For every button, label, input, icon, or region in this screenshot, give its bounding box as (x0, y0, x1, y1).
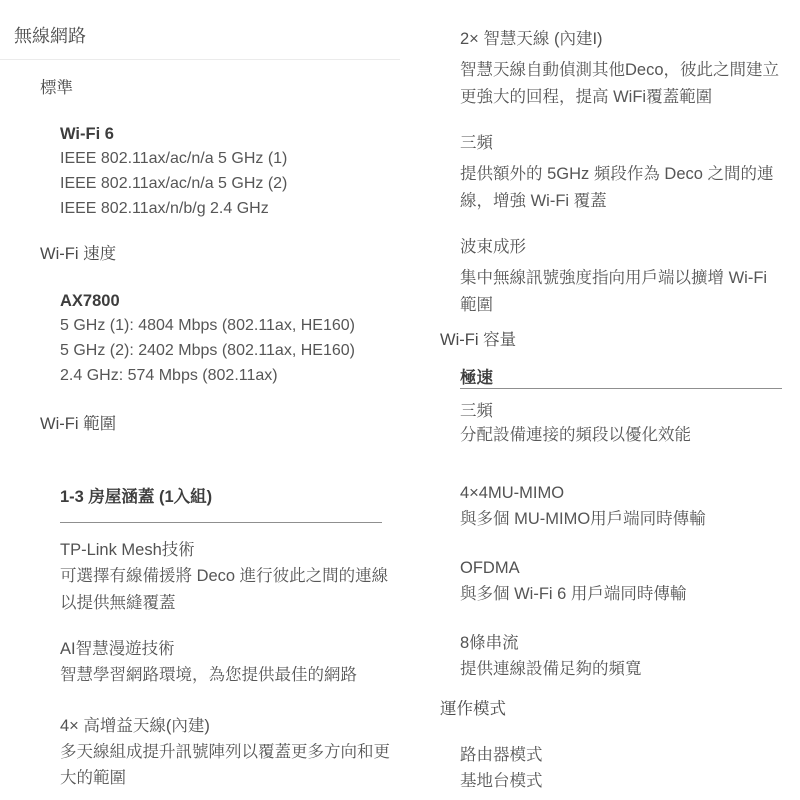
speed-line: 5 GHz (1): 4804 Mbps (802.11ax, HE160) (60, 313, 400, 338)
subsection-standards-label: 標準 (40, 77, 400, 99)
standards-line: IEEE 802.11ax/ac/n/a 5 GHz (1) (60, 146, 400, 171)
feature-desc: 分配設備連接的頻段以優化效能 (460, 422, 785, 449)
feature-desc: 提供連線設備足夠的頻寬 (460, 656, 785, 683)
feature-divider (460, 388, 782, 389)
feature-block: 8條串流 提供連線設備足夠的頻寬 (460, 630, 785, 683)
feature-title: 2× 智慧天線 (內建I) (460, 26, 785, 52)
feature-desc: 提供額外的 5GHz 頻段作為 Deco 之間的連線，增強 Wi-Fi 覆蓋 (460, 161, 785, 214)
feature-desc: 集中無線訊號強度指向用戶端以擴增 Wi-Fi 範圍 (460, 265, 785, 318)
standards-line: IEEE 802.11ax/ac/n/a 5 GHz (2) (60, 171, 400, 196)
feature-block: 三頻 分配設備連接的頻段以優化效能 (460, 400, 785, 449)
feature-block: 波束成形 集中無線訊號強度指向用戶端以擴增 Wi-Fi 範圍 (460, 234, 785, 318)
subsection-speed-label: Wi-Fi 速度 (40, 243, 400, 265)
feature-desc: 與多個 MU-MIMO用戶端同時傳輸 (460, 506, 785, 533)
mode-item: 基地台模式 (460, 768, 800, 794)
speed-line: 2.4 GHz: 574 Mbps (802.11ax) (60, 363, 400, 388)
speed-line: 5 GHz (2): 2402 Mbps (802.11ax, HE160) (60, 338, 400, 363)
feature-block: 2× 智慧天線 (內建I) 智慧天線自動偵測其他Deco，彼此之間建立更強大的回… (460, 26, 785, 110)
feature-title: AI智慧漫遊技術 (60, 636, 392, 662)
subsection-capacity-label: Wi-Fi 容量 (440, 329, 800, 351)
feature-title: TP-Link Mesh技術 (60, 537, 392, 563)
section-divider (0, 59, 400, 60)
feature-block: OFDMA 與多個 Wi-Fi 6 用戶端同時傳輸 (460, 555, 785, 608)
feature-title: 三頻 (460, 130, 785, 156)
feature-desc: 智慧學習網路環境，為您提供最佳的網路 (60, 662, 392, 689)
left-column: 無線網路 標準 Wi-Fi 6 IEEE 802.11ax/ac/n/a 5 G… (0, 0, 400, 800)
feature-block: TP-Link Mesh技術 可選擇有線備援將 Deco 進行彼此之間的連線以提… (60, 537, 392, 616)
subsection-range-label: Wi-Fi 範圍 (40, 413, 400, 435)
feature-desc: 可選擇有線備援將 Deco 進行彼此之間的連線以提供無縫覆蓋 (60, 563, 392, 616)
standards-line: IEEE 802.11ax/n/b/g 2.4 GHz (60, 196, 400, 221)
feature-title: 4×4MU-MIMO (460, 480, 785, 506)
mode-item: 路由器模式 (460, 742, 800, 768)
feature-title: 4× 高增益天線(內建) (60, 713, 392, 739)
feature-desc: 與多個 Wi-Fi 6 用戶端同時傳輸 (460, 581, 785, 608)
feature-title: OFDMA (460, 555, 785, 581)
feature-block: 4× 高增益天線(內建) 多天線組成提升訊號陣列以覆蓋更多方向和更大的範圍 (60, 713, 392, 792)
feature-title: 波束成形 (460, 234, 785, 260)
feature-desc: 多天線組成提升訊號陣列以覆蓋更多方向和更大的範圍 (60, 739, 392, 792)
capacity-highlight: 極速 (460, 370, 800, 387)
wifi6-group-title: Wi-Fi 6 (60, 122, 400, 146)
feature-desc: 智慧天線自動偵測其他Deco，彼此之間建立更強大的回程，提高 WiFi覆蓋範圍 (460, 57, 785, 110)
feature-title: 三頻 (460, 400, 785, 422)
subsection-mode-label: 運作模式 (440, 698, 800, 720)
feature-title: 8條串流 (460, 630, 785, 656)
right-column: 2× 智慧天線 (內建I) 智慧天線自動偵測其他Deco，彼此之間建立更強大的回… (400, 0, 800, 800)
feature-block: 4×4MU-MIMO 與多個 MU-MIMO用戶端同時傳輸 (460, 480, 785, 533)
feature-divider (60, 522, 382, 523)
speed-group-title: AX7800 (60, 289, 400, 313)
page-title: 無線網路 (14, 25, 400, 47)
feature-block: 三頻 提供額外的 5GHz 頻段作為 Deco 之間的連線，增強 Wi-Fi 覆… (460, 130, 785, 214)
feature-block: AI智慧漫遊技術 智慧學習網路環境，為您提供最佳的網路 (60, 636, 392, 689)
range-highlight: 1-3 房屋涵蓋 (1入組) (60, 485, 400, 509)
